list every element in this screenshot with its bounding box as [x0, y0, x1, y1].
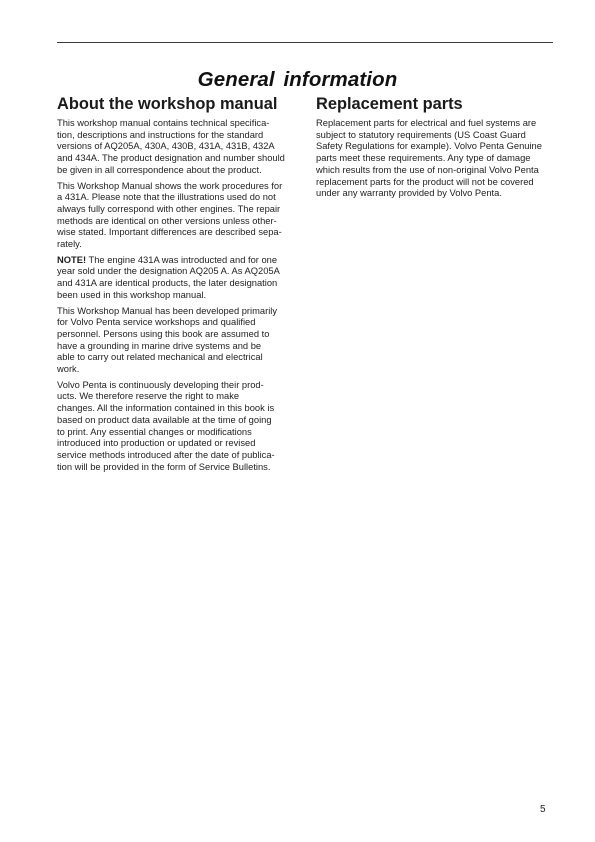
text-line: introduced into production or updated or…	[57, 438, 297, 450]
page-number: 5	[540, 804, 546, 815]
text-line: methods are identical on other versions …	[57, 216, 297, 228]
text-line: able to carry out related mechanical and…	[57, 352, 297, 364]
text-line: a 431A. Please note that the illustratio…	[57, 192, 297, 204]
paragraph-audience: This Workshop Manual has been developed …	[57, 306, 297, 376]
text-line: This Workshop Manual shows the work proc…	[57, 181, 297, 193]
text-line: This workshop manual contains technical …	[57, 118, 297, 130]
paragraph-changes: Volvo Penta is continuously developing t…	[57, 380, 297, 474]
note-label: NOTE!	[57, 255, 86, 265]
text-line: This Workshop Manual has been developed …	[57, 306, 297, 318]
paragraph-replacement-parts: Replacement parts for electrical and fue…	[316, 118, 556, 200]
text-line: Volvo Penta is continuously developing t…	[57, 380, 297, 392]
text-line: versions of AQ205A, 430A, 430B, 431A, 43…	[57, 141, 297, 153]
text-line: and 434A. The product designation and nu…	[57, 153, 297, 165]
text-line: under any warranty provided by Volvo Pen…	[316, 188, 556, 200]
text-line: Replacement parts for electrical and fue…	[316, 118, 556, 130]
text-line: always fully correspond with other engin…	[57, 204, 297, 216]
text-line: and 431A are identical products, the lat…	[57, 278, 297, 290]
text-line: work.	[57, 364, 297, 376]
text-line: wise stated. Important differences are d…	[57, 227, 297, 239]
text-line: service methods introduced after the dat…	[57, 450, 297, 462]
text-line: NOTE! The engine 431A was introducted an…	[57, 255, 297, 267]
text-line: rately.	[57, 239, 297, 251]
section-replacement-parts: Replacement parts Replacement parts for …	[316, 94, 556, 204]
text-line: Safety Regulations for example). Volvo P…	[316, 141, 556, 153]
text-line: be given in all correspondence about the…	[57, 165, 297, 177]
text-line: subject to statutory requirements (US Co…	[316, 130, 556, 142]
text-line: personnel. Persons using this book are a…	[57, 329, 297, 341]
text-line: based on product data available at the t…	[57, 415, 297, 427]
page-title: General information	[0, 68, 595, 92]
text-line: have a grounding in marine drive systems…	[57, 341, 297, 353]
section-heading: Replacement parts	[316, 94, 556, 114]
text-line: for Volvo Penta service workshops and qu…	[57, 317, 297, 329]
text-line: year sold under the designation AQ205 A.…	[57, 266, 297, 278]
text-line: been used in this workshop manual.	[57, 290, 297, 302]
text-line: changes. All the information contained i…	[57, 403, 297, 415]
section-about-workshop-manual: About the workshop manual This workshop …	[57, 94, 297, 477]
text-line: to print. Any essential changes or modif…	[57, 427, 297, 439]
note-text: The engine 431A was introducted and for …	[86, 255, 277, 265]
header-rule	[57, 42, 553, 43]
text-line: replacement parts for the product will n…	[316, 177, 556, 189]
text-line: ucts. We therefore reserve the right to …	[57, 391, 297, 403]
text-line: which results from the use of non-origin…	[316, 165, 556, 177]
paragraph-illustrations: This Workshop Manual shows the work proc…	[57, 181, 297, 251]
paragraph-note: NOTE! The engine 431A was introducted an…	[57, 255, 297, 302]
text-line: parts meet these requirements. Any type …	[316, 153, 556, 165]
section-heading: About the workshop manual	[57, 94, 297, 114]
text-line: tion will be provided in the form of Ser…	[57, 462, 297, 474]
text-line: tion, descriptions and instructions for …	[57, 130, 297, 142]
paragraph-scope: This workshop manual contains technical …	[57, 118, 297, 177]
